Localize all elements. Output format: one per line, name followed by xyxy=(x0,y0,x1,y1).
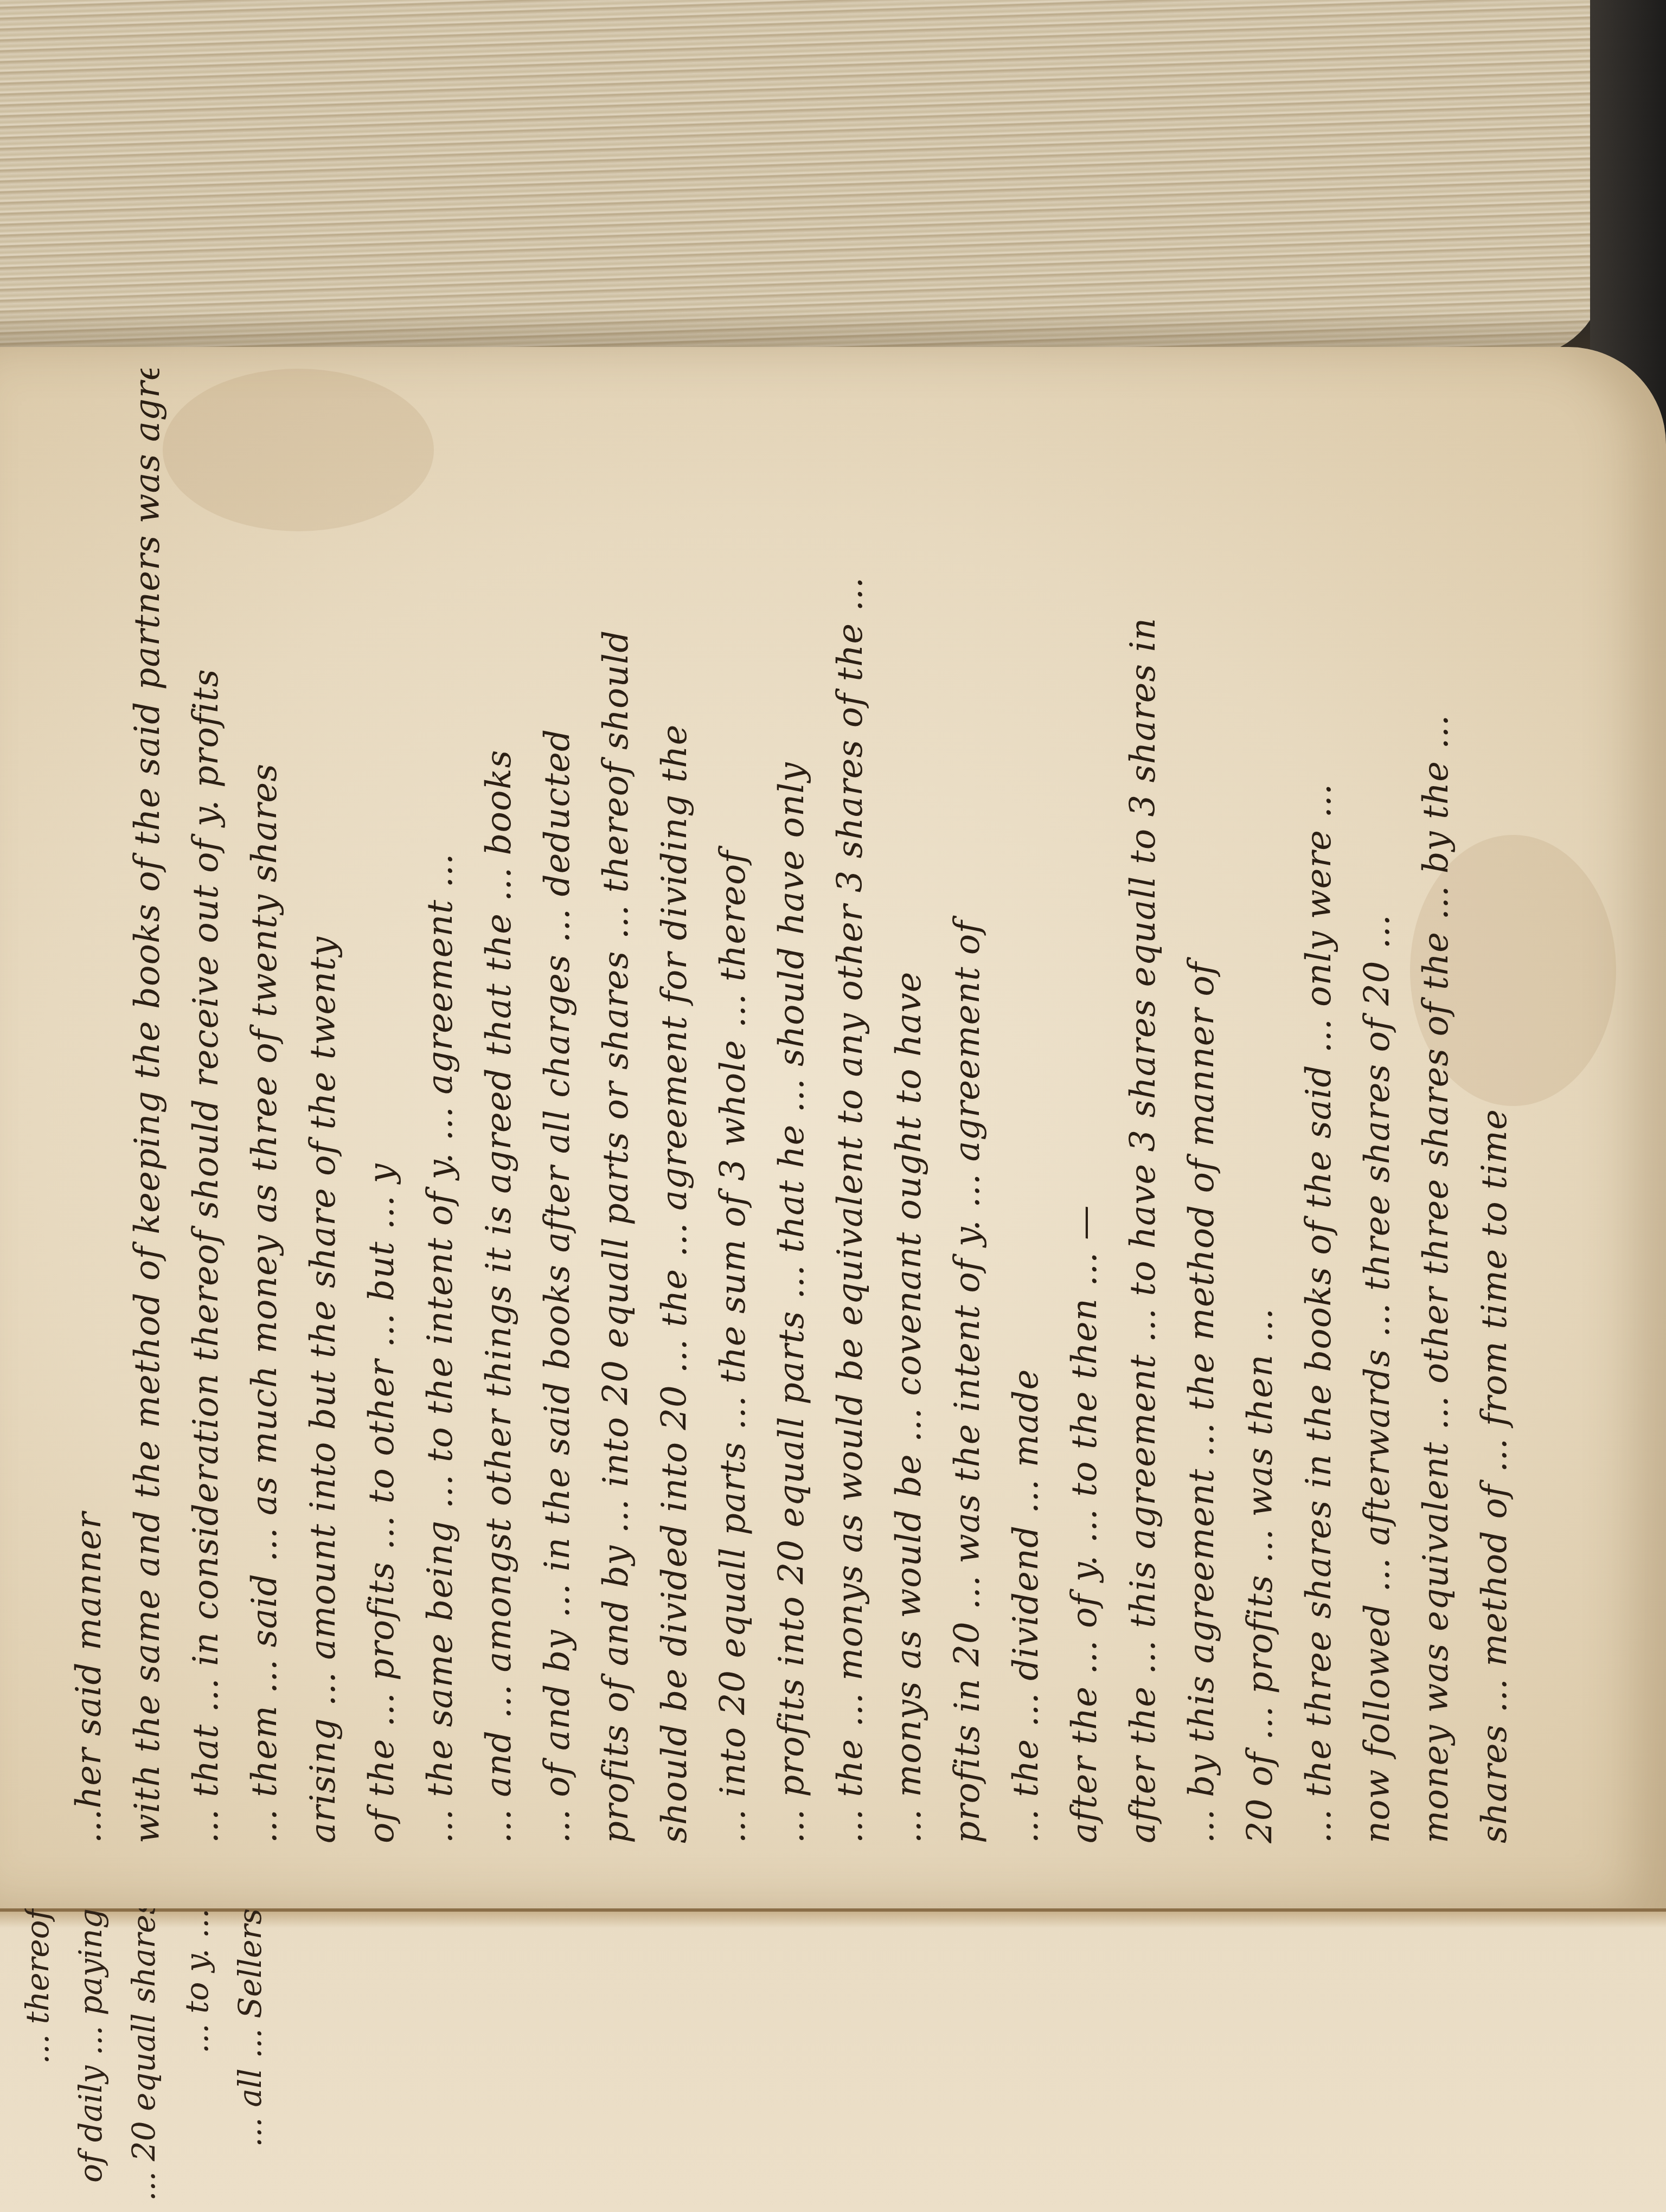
manuscript-line: after the ... of y. ... to the then ... … xyxy=(1055,369,1114,1843)
manuscript-line: ... by this agreement ... the method of … xyxy=(1172,369,1231,1843)
manuscript-line: ... and ... amongst other things it is a… xyxy=(470,369,528,1843)
manuscript-line: ... profits into 20 equall parts ... tha… xyxy=(762,369,821,1843)
manuscript-line: after the ... this agreement ... to have… xyxy=(1114,369,1172,1843)
manuscript-line: now followed ... afterwards ... three sh… xyxy=(1348,369,1407,1843)
manuscript-line: ... all ... Sellers xyxy=(223,1908,277,2201)
manuscript-line: arising ... amount into but the share of… xyxy=(294,369,353,1843)
manuscript-line: of daily ... paying xyxy=(64,1908,117,2201)
manuscript-line: should be divided into 20 ... the ... ag… xyxy=(645,369,704,1843)
manuscript-line: profits of and by ... into 20 equall par… xyxy=(587,369,645,1843)
manuscript-line: ... that ... in consideration thereof sh… xyxy=(177,369,235,1843)
manuscript-line: ...her said manner xyxy=(60,369,118,1843)
manuscript-line: 20 of ... profits ... was then ... xyxy=(1231,369,1290,1843)
manuscript-line: shares ... method of ... from time to ti… xyxy=(1465,369,1524,1843)
manuscript-line: ... thereof xyxy=(11,1908,64,2201)
manuscript-line: ... to y. ... xyxy=(170,1908,223,2201)
manuscript-line: ... 20 equall shares xyxy=(117,1908,170,2201)
manuscript-text-main: ...her said manner with the same and the… xyxy=(60,369,1524,1843)
manuscript-line: profits in 20 ... was the intent of y. .… xyxy=(938,369,997,1843)
manuscript-line: ... monys as would be ... covenant ought… xyxy=(880,369,938,1843)
manuscript-line: of the ... profits ... to other ... but … xyxy=(353,369,411,1843)
manuscript-line: ... the ... dividend ... made xyxy=(997,369,1055,1843)
manuscript-line: ... of and by ... in the said books afte… xyxy=(528,369,587,1843)
manuscript-line: ... the same being ... to the intent of … xyxy=(411,369,470,1843)
manuscript-line: ... into 20 equall parts ... the sum of … xyxy=(704,369,762,1843)
manuscript-line: money was equivalent ... other three sha… xyxy=(1407,369,1465,1843)
manuscript-line: with the same and the method of keeping … xyxy=(118,369,177,1843)
manuscript-line: ... the three shares in the books of the… xyxy=(1290,369,1348,1843)
manuscript-line: ... them ... said ... as much money as t… xyxy=(235,369,294,1843)
book-page-edge xyxy=(0,0,1605,358)
manuscript-line: ... the ... monys as would be equivalent… xyxy=(821,369,880,1843)
manuscript-text-lower: ... thereof of daily ... paying ... 20 e… xyxy=(11,1908,1638,2201)
